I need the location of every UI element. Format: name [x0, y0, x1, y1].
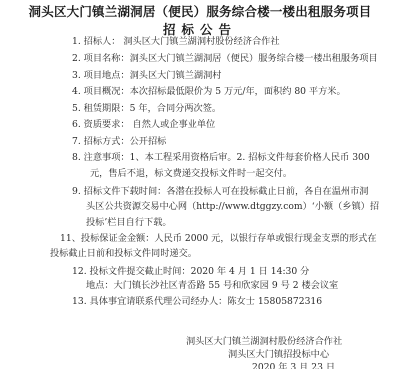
- signature-date: 2020 年 3 月 23 日: [252, 359, 335, 369]
- item-qualification: 6. 资质要求： 自然人或企事业单位: [72, 119, 215, 131]
- signature-org-1: 洞头区大门镇兰湖洞村股份经济合作社: [186, 333, 342, 347]
- item-venue: 地点：大门镇长沙社区青岙路 55 号和欣家园 9 号 2 楼会议室: [86, 280, 338, 292]
- item-notes: 8. 注意事项：1、本工程采用资格后审。2. 招标文件每套价格人民币 300: [72, 152, 370, 164]
- item-download-time: 9. 招标文件下载时间：各潜在投标人可在投标截止日前，各自在温州市洞: [72, 186, 369, 198]
- item-download-link[interactable]: 头区公共资源交易中心网（http://www.dtggzy.com）‘小额（乡镇…: [86, 201, 379, 213]
- item-bid-method: 7. 招标方式：公开招标: [72, 136, 166, 148]
- item-deposit: 11、投标保证金金额：人民币 2000 元，以银行存单或银行现金支票的形式在: [60, 233, 377, 245]
- item-lease-term: 5. 租赁期限：5 年，合同分两次签。: [72, 103, 221, 115]
- signature-org-2: 洞头区大门镇招投标中心: [228, 346, 329, 360]
- item-project-overview: 4. 项目概况：本次招标最低限价为 5 万元/年，面积约 80 平方米。: [72, 86, 346, 98]
- item-deposit-cont: 投标截止日前和投标文件同时递交。: [50, 248, 197, 260]
- item-download-cont: 投标’栏目自行下载。: [86, 217, 172, 229]
- item-bidder: 1. 招标人： 洞头区大门镇兰湖洞村股份经济合作社: [72, 36, 280, 48]
- item-deadline: 12. 投标文件提交截止时间：2020 年 4 月 1 日 14:30 分: [72, 266, 309, 278]
- document-title: 洞头区大门镇兰湖洞居（便民）服务综合楼一楼出租服务项目: [0, 2, 400, 20]
- item-contact: 13. 具体事宜请联系代理公司经办人：陈女士 15805872316: [72, 296, 322, 308]
- item-project-name: 2. 项目名称：洞头区大门镇兰湖洞居（便民）服务综合楼一楼出租服务项目: [72, 53, 378, 65]
- item-project-location: 3. 项目地点：洞头区大门镇兰湖洞村: [72, 70, 222, 82]
- announcement-document: 洞头区大门镇兰湖洞居（便民）服务综合楼一楼出租服务项目 招标公告 1. 招标人：…: [0, 0, 400, 369]
- item-notes-cont: 元，售后不退，标文费递交投标文件时一起交付。: [90, 168, 292, 180]
